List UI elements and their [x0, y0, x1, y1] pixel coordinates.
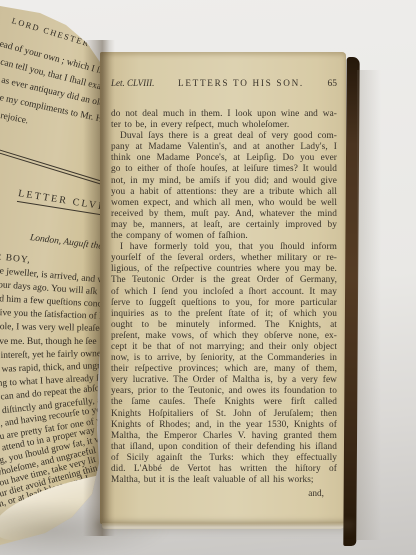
text-line: do not deal much in them. I look upon wi…	[111, 109, 337, 120]
text-line: pany at Madame Valentin's, and at anothe…	[111, 142, 337, 153]
page-header: Let. CLVIII. LETTERS TO HIS SON. 65	[111, 78, 337, 89]
text-line: very lucrative. The Order of Maltha is, …	[111, 375, 337, 386]
text-line: received by them, muſt pay. And, whateve…	[111, 209, 337, 220]
text-line: did. L'Abbé de Vertot has written the hi…	[111, 464, 337, 475]
text-line: ave me. But, though he ſee	[0, 337, 97, 347]
text-line: the ſame cauſes. Theſe Knights were firſ…	[111, 397, 337, 408]
text-line: Knights Hoſpitaliers of St. John of Jeru…	[111, 409, 337, 420]
text-line: may be, manners, at leaſt, are certainly…	[111, 220, 337, 231]
text-line: now, is to arrive, by ſeniority, at the …	[111, 353, 337, 364]
text-line: their reſpective provinces; which are, m…	[111, 364, 337, 375]
text-line: inquiries as to the preſent ſtate of it;…	[111, 309, 337, 320]
text-line: preſent, make vows, of which they obſerv…	[111, 331, 337, 342]
page-number: 65	[328, 79, 338, 89]
text-line: not, in my mind, be amiſs if you did; an…	[111, 176, 337, 187]
text-line: of which I ſend you incloſed a ſhort acc…	[111, 287, 337, 298]
text-line: cept it be that of not marrying; and the…	[111, 342, 337, 353]
text-line: yourſelf of the ſeveral orders, whether …	[111, 253, 337, 264]
text-line: go to either of thoſe houſes, at leiſure…	[111, 164, 337, 175]
book-photo: LORD CHESTERFIELD, head of your own ; wh…	[0, 0, 416, 555]
letter-number-label: Let. CLVIII.	[111, 78, 154, 88]
running-title: LETTERS TO HIS SON.	[178, 78, 304, 88]
text-line: The Teutonic Order is the great Order of…	[111, 275, 337, 286]
text-line: that iſland, upon condition of their def…	[111, 442, 337, 453]
text-line: Maltha, but it is the leaſt valuable of …	[111, 475, 337, 486]
cover-cast-shadow	[357, 70, 381, 540]
book-cover-edge	[343, 57, 359, 546]
right-page-text: Let. CLVIII. LETTERS TO HIS SON. 65 do n…	[111, 78, 337, 499]
text-line: Knights of Rhodes; and, in the year 1530…	[111, 420, 337, 431]
text-line: women expect, and which all men, who wou…	[111, 198, 337, 209]
salutation: R BOY,	[0, 252, 31, 266]
text-line: ter to be, in every reſpect, much wholeſ…	[111, 120, 337, 131]
text-line: e was rapid, thick, and ungra	[0, 361, 105, 375]
catchword: and,	[111, 489, 337, 499]
text-line: ought to be minutely informed. The Knigh…	[111, 320, 337, 331]
text-line: the company of women of faſhion.	[111, 231, 337, 242]
text-line: I rejoice.	[0, 110, 29, 126]
text-line: you a habit of attentions: they are a tr…	[111, 187, 337, 198]
text-line: Maltha, the Emperor Charles V. having gr…	[111, 431, 337, 442]
text-line: I have formerly told you, that you ſhoul…	[111, 242, 337, 253]
text-line: ſerve to ſuggeſt queſtions to you, for m…	[111, 298, 337, 309]
text-line: ligious, of the reſpective countries whe…	[111, 264, 337, 275]
text-line: hole, I was very well pleaſed wi	[0, 322, 116, 334]
right-page: Let. CLVIII. LETTERS TO HIS SON. 65 do n…	[100, 52, 346, 524]
text-line: Duval ſays there is a great deal of very…	[111, 131, 337, 142]
text-line: of Sicily againſt the Turks: which they …	[111, 453, 337, 464]
text-line: give you the ſatisfaction of kno	[0, 308, 114, 322]
text-line: years, prior to the Teutonic, and owes i…	[111, 386, 337, 397]
text-line: r intereſt, yet he fairly owned	[0, 349, 106, 361]
text-line: think one Madame Ponce's, at Leipſig. Do…	[111, 153, 337, 164]
